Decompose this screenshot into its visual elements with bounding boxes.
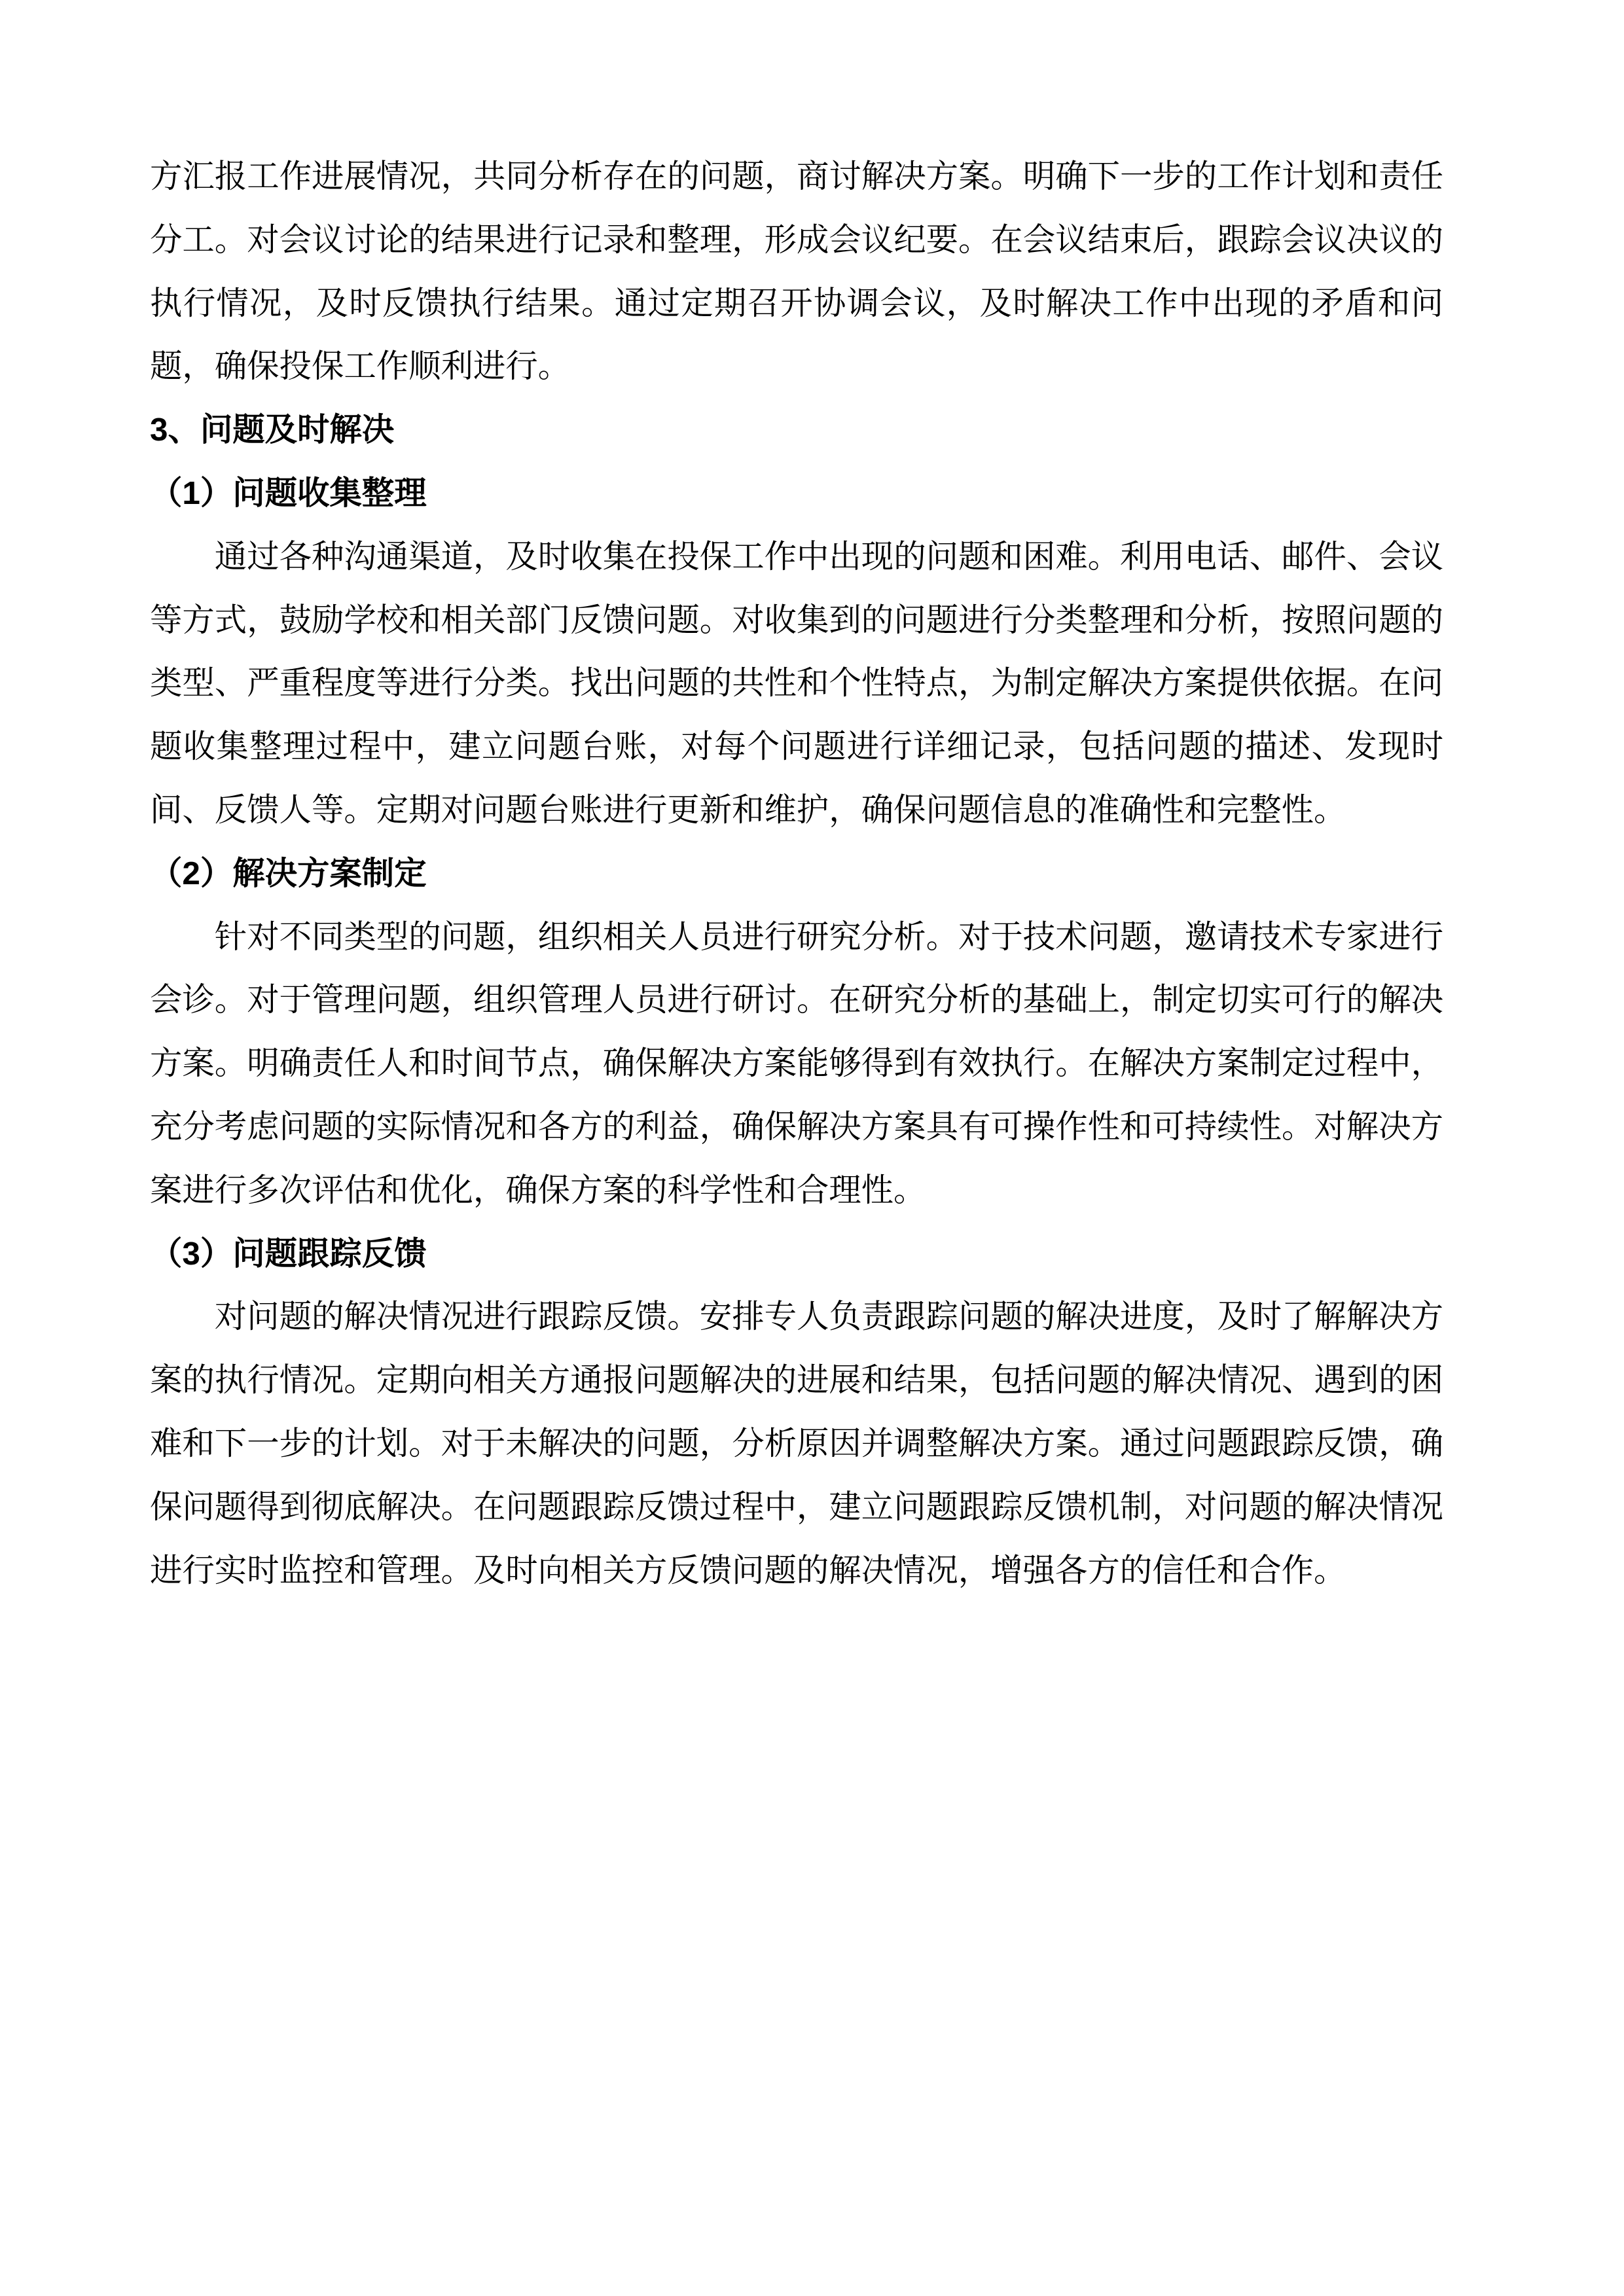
document-body: 方汇报工作进展情况，共同分析存在的问题，商讨解决方案。明确下一步的工作计划和责任… [150, 145, 1443, 1602]
subsection-heading-2: （2）解决方案制定 [150, 842, 1443, 906]
document-page: 方汇报工作进展情况，共同分析存在的问题，商讨解决方案。明确下一步的工作计划和责任… [0, 0, 1624, 2296]
body-paragraph-problem-tracking: 对问题的解决情况进行跟踪反馈。安排专人负责跟踪问题的解决进度，及时了解解决方案的… [150, 1285, 1443, 1602]
section-heading-3: 3、问题及时解决 [150, 399, 1443, 462]
subsection-heading-3: （3）问题跟踪反馈 [150, 1223, 1443, 1286]
body-paragraph-solution-making: 针对不同类型的问题，组织相关人员进行研究分析。对于技术问题，邀请技术专家进行会诊… [150, 906, 1443, 1223]
body-paragraph-continued: 方汇报工作进展情况，共同分析存在的问题，商讨解决方案。明确下一步的工作计划和责任… [150, 145, 1443, 399]
body-paragraph-problem-collection: 通过各种沟通渠道，及时收集在投保工作中出现的问题和困难。利用电话、邮件、会议等方… [150, 526, 1443, 842]
subsection-heading-1: （1）问题收集整理 [150, 462, 1443, 526]
